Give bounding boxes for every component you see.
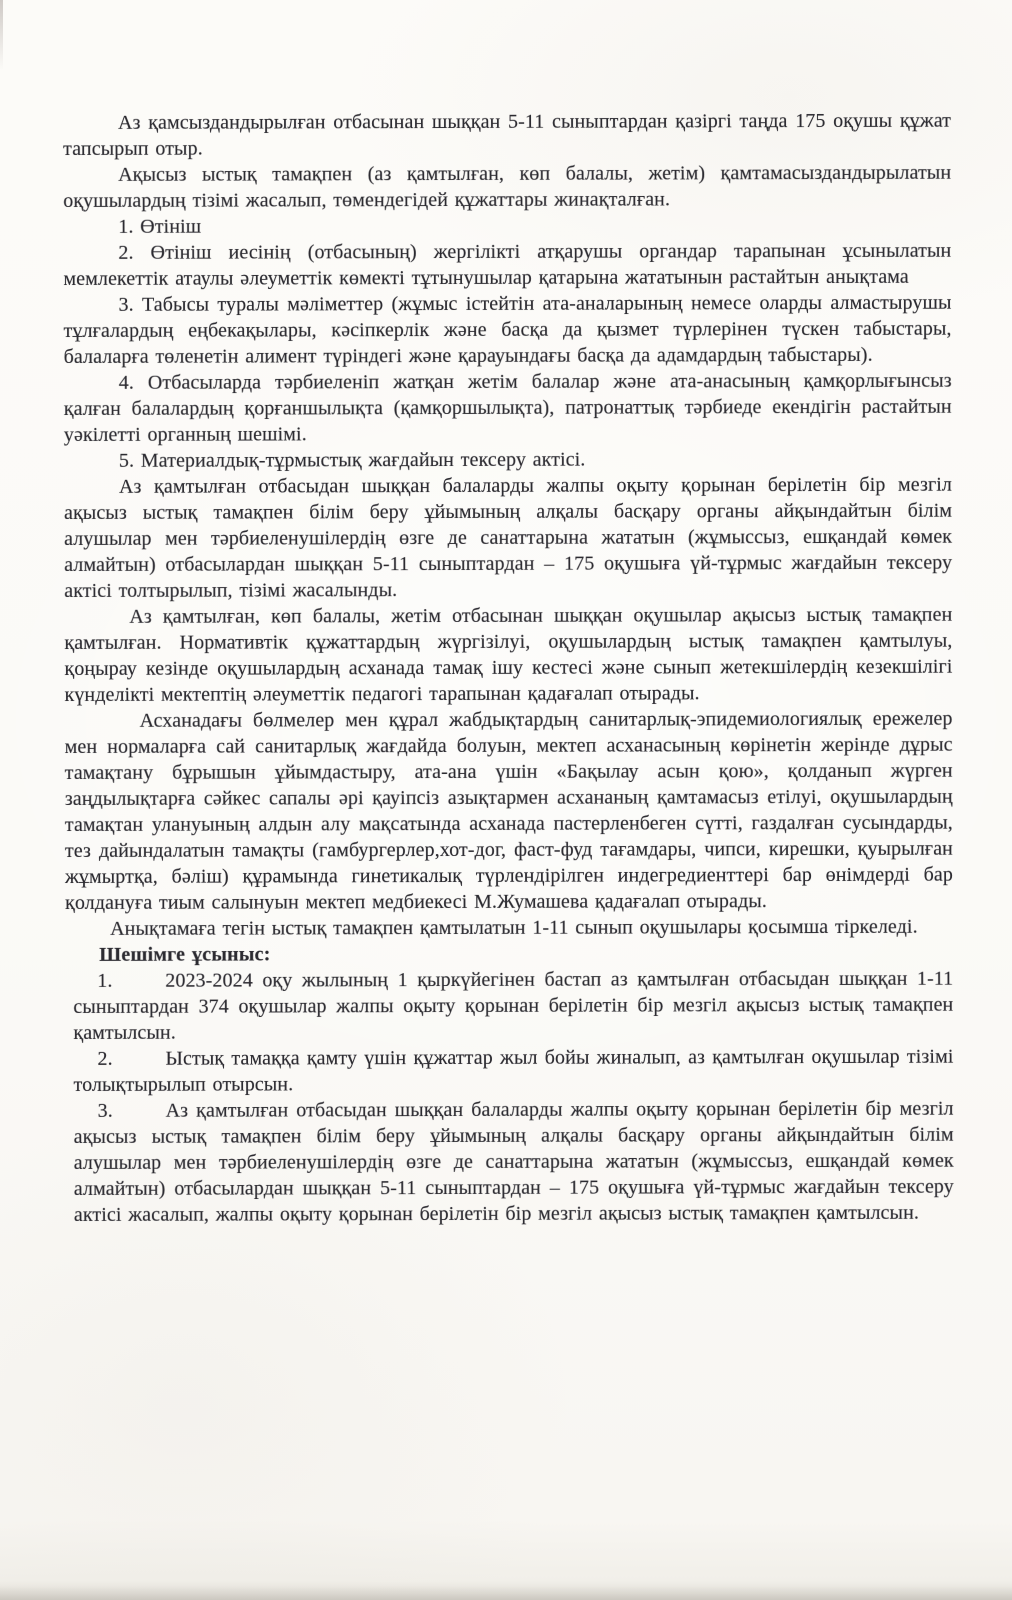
paragraph: Аз қамтылған, көп балалы, жетім отбасына… bbox=[64, 602, 952, 708]
paragraph: 3. Табысы туралы мәліметтер (жұмыс істей… bbox=[63, 290, 951, 370]
scanned-document-page: Аз қамсыздандырылған отбасынан шыққан 5-… bbox=[0, 0, 1012, 1600]
decision-item-text: Ыстық тамаққа қамту үшін құжаттар жыл бо… bbox=[74, 1046, 954, 1096]
paragraph: 4. Отбасыларда тәрбиеленіп жатқан жетім … bbox=[64, 368, 952, 448]
decision-item-number: 1. bbox=[97, 968, 165, 994]
decision-item-number: 3. bbox=[98, 1098, 166, 1124]
decision-item: 2.Ыстық тамаққа қамту үшін құжаттар жыл … bbox=[65, 1044, 953, 1098]
paragraph: 5. Материалдық-тұрмыстық жағдайын тексер… bbox=[64, 446, 952, 474]
paragraph: 2. Өтініш иесінің (отбасының) жергілікті… bbox=[63, 238, 951, 292]
section-heading: Шешімге ұсыныс: bbox=[65, 940, 953, 968]
paragraph: Анықтамаға тегін ыстық тамақпен қамтылат… bbox=[65, 914, 953, 942]
paragraph: Аз қамсыздандырылған отбасынан шыққан 5-… bbox=[63, 108, 951, 162]
document-body: Аз қамсыздандырылған отбасынан шыққан 5-… bbox=[63, 108, 954, 1228]
scan-edge-artifact bbox=[0, 0, 3, 70]
paragraph: Аз қамтылған отбасыдан шыққан балаларды … bbox=[64, 472, 952, 604]
decision-item-text: Аз қамтылған отбасыдан шыққан балаларды … bbox=[74, 1098, 954, 1226]
decision-item-text: 2023-2024 оқу жылының 1 қыркүйегінен бас… bbox=[73, 968, 953, 1044]
decision-item: 1.2023-2024 оқу жылының 1 қыркүйегінен б… bbox=[65, 966, 953, 1046]
decision-item-number: 2. bbox=[97, 1046, 165, 1072]
paragraph: Асханадағы бөлмелер мен құрал жабдықтард… bbox=[65, 706, 954, 916]
decision-item: 3.Аз қамтылған отбасыдан шыққан балалард… bbox=[66, 1096, 954, 1228]
paragraph: Ақысыз ыстық тамақпен (аз қамтылған, көп… bbox=[63, 160, 951, 214]
paragraph: 1. Өтініш bbox=[63, 212, 951, 240]
page-edge-shadow bbox=[0, 1586, 1012, 1600]
